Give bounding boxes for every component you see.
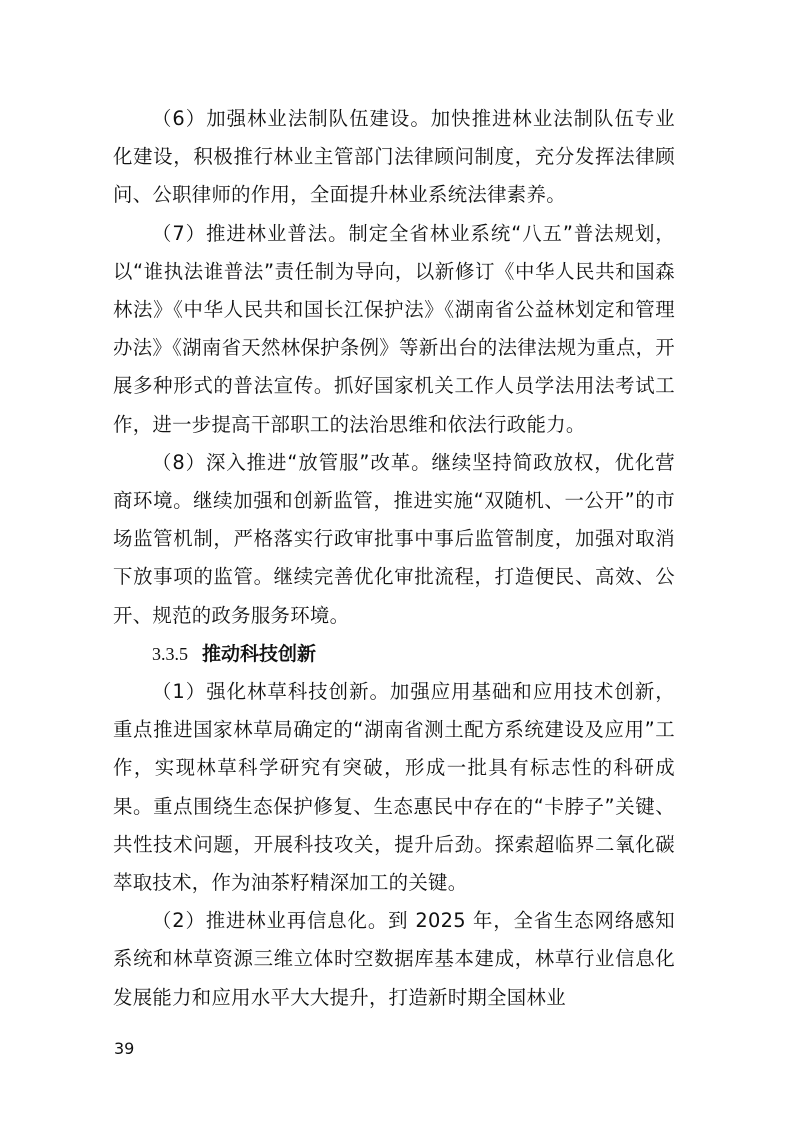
- section-heading: 3.3.5 推动科技创新: [113, 635, 675, 673]
- paragraph-informatization: （2）推进林业再信息化。到 2025 年，全省生态网络感知系统和林草资源三维立体…: [113, 902, 675, 1017]
- document-page: （6）加强林业法制队伍建设。加快推进林业法制队伍专业化建设，积极推行林业主管部门…: [113, 100, 675, 1017]
- section-title: 推动科技创新: [202, 643, 316, 665]
- paragraph-admin-reform: （8）深入推进“放管服”改革。继续坚持简政放权，优化营商环境。继续加强和创新监管…: [113, 444, 675, 635]
- paragraph-tech-innovation: （1）强化林草科技创新。加强应用基础和应用技术创新，重点推进国家林草局确定的“湖…: [113, 673, 675, 902]
- paragraph-legal-team: （6）加强林业法制队伍建设。加快推进林业法制队伍专业化建设，积极推行林业主管部门…: [113, 100, 675, 215]
- page-number: 39: [114, 1039, 134, 1059]
- section-number: 3.3.5: [152, 644, 188, 664]
- paragraph-legal-education: （7）推进林业普法。制定全省林业系统“八五”普法规划，以“谁执法谁普法”责任制为…: [113, 215, 675, 444]
